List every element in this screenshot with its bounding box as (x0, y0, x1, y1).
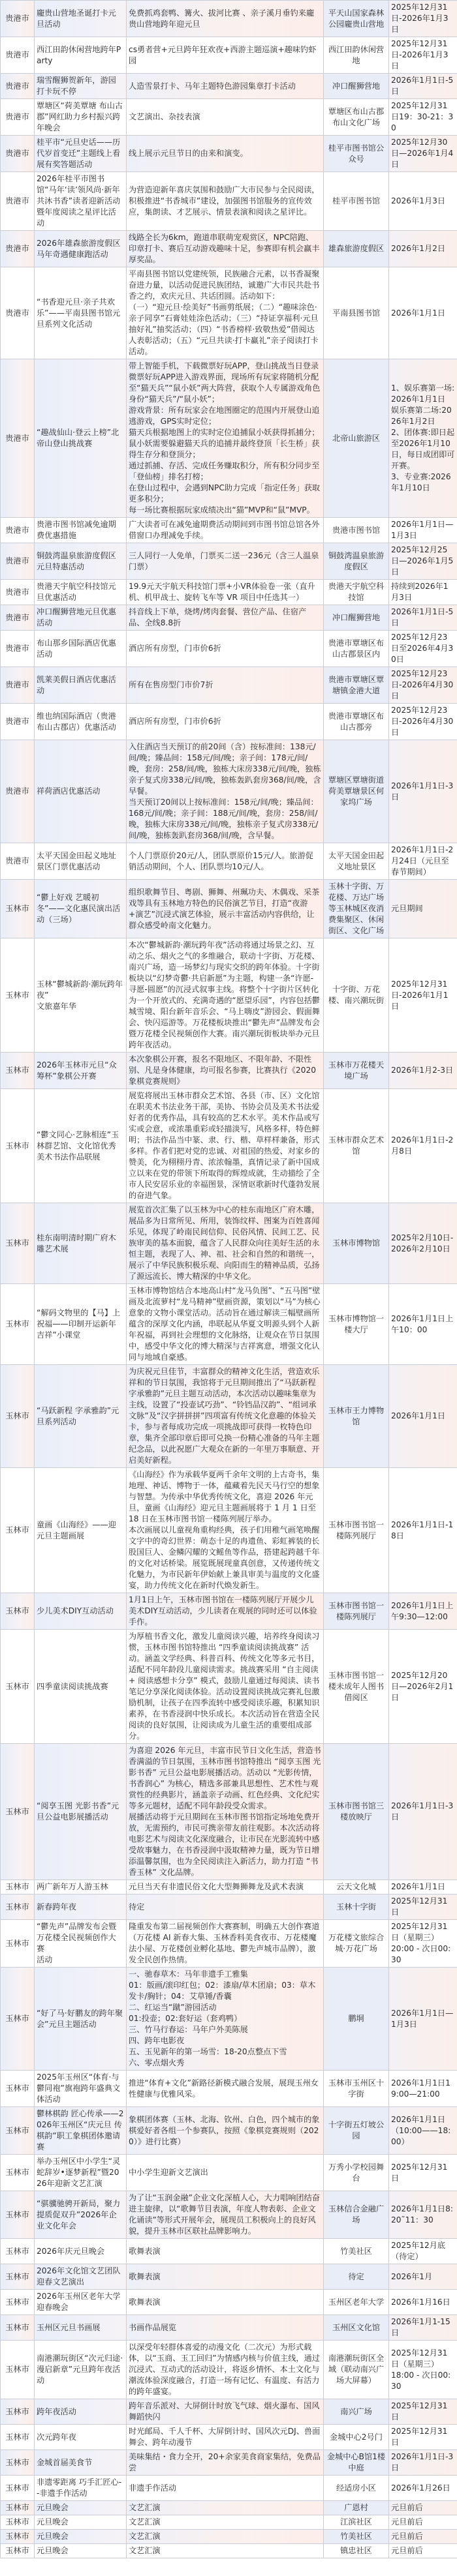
cell-city: 玉林市 (1, 2290, 35, 2315)
table-row: 玉林市 “马跃新程 字承雅韵”元旦系列活动 为庆祝元旦佳节，丰富群众的精神文化生… (1, 1365, 457, 1468)
cell-activity-name: 西江田韵休闲营地跨年Party (35, 37, 127, 74)
cell-date: 2026年1月1日-3日 (389, 740, 457, 843)
cell-city: 贵港市 (1, 631, 35, 667)
table-row: 玉林市 “鬱文同心·艺脉相连”玉林群艺馆、文化馆优秀美术书法作品联展 展览将展出… (1, 1089, 457, 1203)
cell-city: 贵港市 (1, 267, 35, 359)
table-row: 贵港市 冲口醒狮营地元旦优惠活动 抖音线上下单，烧烤/烤肉套餐、营位产品、住宿产… (1, 605, 457, 631)
cell-activity-description: 《山海经》作为承载华夏两千余年文明的上古奇书，集地理、神话、博物于一体，蕴藏着先… (127, 1468, 324, 1593)
table-row: 贵港市 桂平市“元旦史话——历代岁首变迁”主题线上看展有奖答题活动 线上展示元旦… (1, 136, 457, 172)
cell-city: 玉林市 (1, 2315, 35, 2341)
cell-activity-description: 歌舞表演 (127, 2264, 324, 2290)
cell-activity-description: 一、驰春草木：马年非遗手工雅集 01：版画/滚印红包；02：漆扇/草木团扇；03… (127, 1968, 324, 2071)
table-row: 玉林市 2026年文化馆文艺团队迎春文艺演出 歌舞表演 待定 2026年1月 (1, 2264, 457, 2290)
cell-activity-name: 凯莱美假日酒店优惠活动 (35, 667, 127, 704)
cell-activity-description: 为厚植书香文化，激发儿童阅读兴趣，培养终身阅读习惯，玉林市图书馆特推出 “四季童… (127, 1630, 324, 1744)
cell-activity-description: 文艺演出、杂技表演 (127, 99, 324, 136)
table-row: 贵港市 覃塘区“荷美覃塘 布山古郡”网红助力乡村振兴跨年晚会 文艺演出、杂技表演… (1, 99, 457, 136)
cell-location: 贵港天宇航空科技馆 (324, 580, 389, 605)
cell-activity-description: 为喜迎 2026 年元旦，丰富市民节日文化生活，营造书香满溢的节日氛围，玉林市图… (127, 1744, 324, 1880)
table-row: 贵港市 西江田韵休闲营地跨年Party cs勇者营+元旦跨年狂欢夜+西游主题巡演… (1, 37, 457, 74)
cell-location: 云天文化城 (324, 1880, 389, 1895)
cell-location: 玉林市博物馆一楼大厅 (324, 1284, 389, 1365)
table-row: 玉林市 举办玉州区中小学生“灵蛇辞岁•逐梦新程”暨2026年迎新文艺汇演 中小学… (1, 2155, 457, 2191)
cell-location: 鹏垌 (324, 1968, 389, 2071)
table-row: 贵港市 2026年桂平市图书馆“马年‘读’领风尚·新年共沐书香”读者迎新活动暨年… (1, 172, 457, 231)
cell-city: 贵港市 (1, 580, 35, 605)
cell-activity-description: 酒店所有房型，门市价6折 (127, 704, 324, 740)
cell-city: 玉林市 (1, 1365, 35, 1468)
table-row: 玉林市 南港潮玩街区“次元归途·漫启新章”元旦跨年夜活动 以深受年轻群体喜爱的动… (1, 2341, 457, 2399)
table-row: 玉林市 两广新年万人游玉林 元旦当天有非遗民俗文化大型舞狮舞龙及武术表演 云天文… (1, 1880, 457, 1895)
cell-date: 2026年1月1日—1月3日 (389, 1968, 457, 2071)
table-row: 玉林市 元旦晚会 文艺汇演 江滨社区 元旦前后 (1, 2515, 457, 2530)
cell-activity-description: 本次“鬱城新韵·潮玩跨年夜”活动将通过场景之幻、互动之乐、烟火之气的多维融合，联… (127, 938, 324, 1053)
cell-city: 贵港市 (1, 99, 35, 136)
cell-city: 贵港市 (1, 543, 35, 580)
table-row: 玉林市 新春跨年夜 待定 玉林十字街 2025年12月31日 (1, 1895, 457, 1920)
table-row: 贵港市 布山那乡国际酒店优惠活动 酒店所有房型，门市价6折 贵港市覃塘区布山古郡… (1, 631, 457, 667)
cell-date: 2025年12月31日-2026年1月3日 (389, 37, 457, 74)
cell-activity-name: 布山那乡国际酒店优惠活动 (35, 631, 127, 667)
cell-date: 2026年1月1日-2月24日（元旦至春节期间） (389, 843, 457, 880)
cell-date: 2026年1月 (389, 2264, 457, 2290)
cell-location: 万秀小学校园舞台 (324, 2155, 389, 2191)
cell-location: 贵港市覃塘区布山古郡景区内 (324, 631, 389, 667)
cell-location: 玉林市图书馆一楼未成年人图书借阅区 (324, 1630, 389, 1744)
cell-activity-description: 玉林市博物馆结合本地高山村“龙马负图”、“五马图”壁画及北流萝村“龙马精神”壁画… (127, 1284, 324, 1365)
cell-location: 待定 (324, 2264, 389, 2290)
cell-activity-name: 太平天国金田起义地址景区门票优惠活动 (35, 843, 127, 880)
cell-date: 2026年1月1-15日 (389, 2315, 457, 2341)
cell-activity-name: 元旦晚会 (35, 2501, 127, 2515)
cell-date: 2026年1月1日上午10：00 (389, 1284, 457, 1365)
table-row: 贵港市 “书香迎元旦·亲子共欢乐”——平南县图书馆元旦系列文化活动 平南县图书馆… (1, 267, 457, 359)
cell-date: 2026年1月1日 (389, 1880, 457, 1895)
cell-city: 贵港市 (1, 37, 35, 74)
events-table: 贵港市 龐贵山营地圣诞打卡元旦活动 免费抓鸡套鸭、篝火、拔河比赛 、亲子溪月垂钓… (0, 0, 457, 2558)
cell-location: 玉州区文化馆 (324, 2315, 389, 2341)
cell-city: 玉林市 (1, 1284, 35, 1365)
table-row: 玉林市 “鬱上好戏 艺暖初冬”——文化惠民演出活动（三场） 组织歌舞节目、粤剧、… (1, 880, 457, 938)
cell-city: 贵港市 (1, 667, 35, 704)
cell-date: 2025年12月23日-2026年4月30日 (389, 704, 457, 740)
table-row: 玉林市 “解码文物里的【马】上祝福——印制开运新年吉祥”小课堂 玉林市博物馆结合… (1, 1284, 457, 1365)
table-row: 玉林市 2026年庆元旦晚会 歌舞表演 竹美社区 2025年12月底（待定） (1, 2239, 457, 2264)
cell-activity-name: 举办玉州区中小学生“灵蛇辞岁•逐梦新程”暨2026年迎新文艺汇演 (35, 2155, 127, 2191)
cell-city: 玉林市 (1, 2341, 35, 2399)
cell-date: 2026年1月26日 (389, 2476, 457, 2501)
cell-activity-description: 为庆祝元旦佳节，丰富群众的精神文化生活，营造欢乐祥和的节日氛围，我馆将于元旦期间… (127, 1365, 324, 1468)
cell-activity-description: 非遗手作活动 (127, 2476, 324, 2501)
cell-activity-name: “趣战仙山·登云上榜”北帝山登山挑战赛 (35, 359, 127, 518)
table-row: 玉林市 2026年玉林市元旦“众筹杯”象棋公开赛 本次象棋公开赛，报名不限地区、… (1, 1053, 457, 1089)
cell-location: 镇忠社区 (324, 2544, 389, 2558)
cell-activity-name: “骐骥驰骋开新局，聚力提质促双升”2026年企业文化年会 (35, 2191, 127, 2239)
cell-date: 2026年1月1日-3日 (389, 1744, 457, 1880)
table-row: 玉林市 元旦晚会 文艺汇演 竹美社区 元旦前后 (1, 2530, 457, 2544)
cell-city: 玉林市 (1, 1920, 35, 1968)
cell-city: 玉林市 (1, 1880, 35, 1895)
cell-location: 玉林市博物馆 (324, 1203, 389, 1284)
table-row: 贵港市 贵港天宇航空科技馆元旦优惠活动 19.9元天宇航天科技馆门票+小VR体验… (1, 580, 457, 605)
table-row: 玉林市 玉州区元旦书画展 书画作品展览 玉州区文化馆 2026年1月1-15日 (1, 2315, 457, 2341)
cell-location: 玉林十字街、万花楼、万达广场等玉林城区夜消费集聚区、休闲街区、文化广场 (324, 880, 389, 938)
cell-activity-name: “鬱文同心·艺脉相连”玉林群艺馆、文化馆优秀美术书法作品联展 (35, 1089, 127, 1203)
cell-date: 2026年1月1日（10:00——18:00） (389, 2107, 457, 2155)
cell-activity-name: “解码文物里的【马】上祝福——印制开运新年吉祥”小课堂 (35, 1284, 127, 1365)
cell-activity-description: 待定 (127, 1895, 324, 1920)
cell-date: 2025年12月30日—2026年1月4日 (389, 136, 457, 172)
cell-city: 玉林市 (1, 1203, 35, 1284)
cell-activity-description: 歌舞表演 (127, 2239, 324, 2264)
cell-activity-name: 贵港市图书馆减免逾期费优惠措施 (35, 518, 127, 543)
table-row: 玉林市 “骐骥驰骋开新局，聚力提质促双升”2026年企业文化年会 为了让“玉润金… (1, 2191, 457, 2239)
cell-date: 2026年1月1日 (389, 267, 457, 359)
cell-date: 持续到2026年1月3日 (389, 580, 457, 605)
table-row: 贵港市 太平天国金田起义地址景区门票优惠活动 个人门票原价20元/人，团队票原价… (1, 843, 457, 880)
cell-location: 贵港市覃塘区布山古郡旁 (324, 704, 389, 740)
cell-activity-description: 入住酒店当天预订的前20间（含）按标准间：138元/间/晚；臻品间：158元/间… (127, 740, 324, 843)
events-table-body: 贵港市 龐贵山营地圣诞打卡元旦活动 免费抓鸡套鸭、篝火、拔河比赛 、亲子溪月垂钓… (1, 1, 457, 2558)
cell-city: 玉林市 (1, 2425, 35, 2450)
cell-city: 玉林市 (1, 1630, 35, 1744)
cell-city: 玉林市 (1, 2476, 35, 2501)
table-row: 玉林市 2025年玉州区“体育·与鬱同袍”旗袍跨年盛典文体活动 推进“体育+文化… (1, 2071, 457, 2107)
cell-location: 铜鼓湾温泉旅游度假区 (324, 543, 389, 580)
cell-location: 江滨社区 (324, 2515, 389, 2530)
cell-date: 2026年1月1日8:20˜11：30 (389, 2191, 457, 2239)
table-row: 玉林市 桂东南明清时期广府木雕艺术展 展览首次汇集了以玉林为中心的桂东南地区广府… (1, 1203, 457, 1284)
cell-activity-name: 覃塘区“荷美覃塘 布山古郡”网红助力乡村振兴跨年晚会 (35, 99, 127, 136)
cell-date: 2026年1月1日-5日 (389, 74, 457, 99)
cell-city: 玉林市 (1, 2071, 35, 2107)
cell-city: 贵港市 (1, 605, 35, 631)
cell-location: 雄森旅游度假区 (324, 231, 389, 267)
table-row: 玉林市 元旦晚会 文艺汇演 镇忠社区 元旦前后 (1, 2544, 457, 2558)
cell-date: 2026年1月2日 (389, 231, 457, 267)
cell-activity-name: 四季童读阅读挑战赛 (35, 1630, 127, 1744)
cell-location: 平天山国家森林公园龐贵山营地 (324, 1, 389, 37)
cell-date: 2026年1月2-3日 (389, 1053, 457, 1089)
cell-city: 玉林市 (1, 2450, 35, 2476)
cell-location: 覃塘区布山古郡布山文化广场 (324, 99, 389, 136)
cell-location: 玉林十字街 (324, 1895, 389, 1920)
cell-location: 玉林信合金融广场 (324, 2191, 389, 2239)
cell-activity-name: “阅享玉图 光影书香”元旦公益电影展播活动 (35, 1744, 127, 1880)
cell-date: 2025年12月23日至2026年4月30日 (389, 631, 457, 667)
cell-city: 玉林市 (1, 1053, 35, 1089)
cell-activity-description: 中小学生迎新文艺演出 (127, 2155, 324, 2191)
cell-date: 2025年12月23日-2026年4月30日 (389, 667, 457, 704)
cell-location: 万花楼文旅综合城·万花广场 (324, 1920, 389, 1968)
cell-city: 玉林市 (1, 1468, 35, 1593)
cell-location: 竹美社区 (324, 2530, 389, 2544)
cell-location: 贵港市覃塘区覃塘镇金港大道 (324, 667, 389, 704)
cell-activity-name: 2026年庆元旦晚会 (35, 2239, 127, 2264)
cell-location: 玉林市图书馆三楼放映厅 (324, 1744, 389, 1880)
cell-location: 贵港市图书馆 (324, 518, 389, 543)
cell-activity-name: 两广新年万人游玉林 (35, 1880, 127, 1895)
cell-activity-name: “鬱先声”品牌发布会暨万花楼全民视频创作大赛 活动 (35, 1920, 127, 1968)
cell-activity-name: 元旦晚会 (35, 2515, 127, 2530)
cell-activity-description: 文艺汇演 (127, 2544, 324, 2558)
cell-activity-description: 展览首次汇集了以玉林为中心的桂东南地区广府木雕，展品多为日常所见、所用，装饰纹样… (127, 1203, 324, 1284)
cell-city: 玉林市 (1, 2399, 35, 2425)
cell-date: 2025年12月31日19：30-21：30 (389, 99, 457, 136)
cell-activity-name: “鬱上好戏 艺暖初冬”——文化惠民演出活动（三场） (35, 880, 127, 938)
cell-activity-description: 带上智能手机，下载微票好玩APP，登山挑战当日登录微票好玩APP进入游戏界面，现… (127, 359, 324, 518)
cell-date: 2026年1月1日-18日 (389, 1468, 457, 1593)
cell-location: 玉州区老年大学 (324, 2290, 389, 2315)
cell-location: 桂平市图书馆 (324, 172, 389, 231)
cell-date: 2025年12月31日-2026年1月1日 (389, 938, 457, 1053)
table-row: 玉林市 2026年玉州区老年大学迎春晚会 歌舞表演 玉州区老年大学 2026年1… (1, 2290, 457, 2315)
cell-activity-name: “书香迎元旦·亲子共欢乐”——平南县图书馆元旦系列文化活动 (35, 267, 127, 359)
cell-activity-name: 桂平市“元旦史话——历代岁首变迁”主题线上看展有奖答题活动 (35, 136, 127, 172)
cell-activity-description: 为了让“玉润金融”企业文化深植人心，大力唱响团结奋进主旋律，以“歌舞节目表演，年… (127, 2191, 324, 2239)
table-row: 玉林市 童画《山海经》——迎元旦主题画展 《山海经》作为承载华夏两千余年文明的上… (1, 1468, 457, 1593)
cell-city: 贵港市 (1, 740, 35, 843)
table-row: 贵港市 铜鼓湾温泉旅游度假区元旦特惠活动 三人同行一人免单，门票买二送一236元… (1, 543, 457, 580)
cell-activity-name: 跨年夜活动 (35, 2399, 127, 2425)
cell-activity-name: 瑞雪醒狮贺新年，游园打卡玩不停 (35, 74, 127, 99)
cell-activity-description: 广大读者可在减免逾期费活动期间到市图书馆总馆各外借窗口办理减免手续。 (127, 518, 324, 543)
cell-city: 贵港市 (1, 704, 35, 740)
cell-activity-description: 平南县图书馆以党建统领，民族融合元素，以书香凝聚奋进力量，以活动促进民族团结，诚… (127, 267, 324, 359)
cell-activity-name: 金城首届美食节 (35, 2450, 127, 2476)
table-row: 玉林市 次元跨年夜 时光邮局、千人千杯、大屏倒计时、国风次元DJ、兽面舞会、跨年… (1, 2425, 457, 2450)
cell-activity-name: 元旦晚会 (35, 2544, 127, 2558)
cell-activity-description: 推进“体育+文化”新路径新模式融合发展，展现玉州女性健康与优雅风采。 (127, 2071, 324, 2107)
cell-city: 玉林市 (1, 1593, 35, 1630)
cell-city: 贵港市 (1, 172, 35, 231)
cell-activity-description: 为营造迎新年喜庆氛围和鼓励广大市民参与全民阅读，积极推进“书香城市”建设，加强图… (127, 172, 324, 231)
table-row: 贵港市 贵港市图书馆减免逾期费优惠措施 广大读者可在减免逾期费活动期间到市图书馆… (1, 518, 457, 543)
cell-activity-description: 美味集结・食力全开，20+余家美食商家集结，免费品尝 (127, 2450, 324, 2476)
cell-activity-description: 元旦当天有非遗民俗文化大型舞狮舞龙及武术表演 (127, 1880, 324, 1895)
cell-activity-description: 线路全长为6km，跑道串联萌宠观赏区，NPC陪跑、印章打卡、赛后互动游戏趣味十足… (127, 231, 324, 267)
table-row: 玉林市 玉林“鬱城新韵·潮玩跨年夜” 文旅嘉年华 本次“鬱城新韵·潮玩跨年夜”活… (1, 938, 457, 1053)
cell-activity-name: 铜鼓湾温泉旅游度假区元旦特惠活动 (35, 543, 127, 580)
cell-city: 贵港市 (1, 518, 35, 543)
cell-date: 2026年1月1日 (389, 1365, 457, 1468)
cell-activity-description: 人造雪景打卡、马年主题特色游园集章打卡活动 (127, 74, 324, 99)
table-row: 玉林市 四季童读阅读挑战赛 为厚植书香文化，激发儿童阅读兴趣，培养终身阅读习惯，… (1, 1630, 457, 1744)
cell-location: 南兴广场 (324, 2399, 389, 2425)
cell-activity-name: “好了马·好鹏友的跨年聚会”元旦主题活动 (35, 1968, 127, 2071)
cell-city: 贵港市 (1, 359, 35, 518)
cell-city: 玉林市 (1, 1968, 35, 2071)
cell-location: 覃塘区覃塘街道荷美覃塘景区何家坞广场 (324, 740, 389, 843)
cell-activity-name: 冲口醒狮营地元旦优惠活动 (35, 605, 127, 631)
cell-location: 玉林市图书馆一楼陈列展厅 (324, 1593, 389, 1630)
cell-city: 贵港市 (1, 1, 35, 37)
cell-activity-name: 玉林“鬱城新韵·潮玩跨年夜” 文旅嘉年华 (35, 938, 127, 1053)
cell-activity-name: 龐贵山营地圣诞打卡元旦活动 (35, 1, 127, 37)
cell-activity-name: 2026年玉州区老年大学迎春晚会 (35, 2290, 127, 2315)
cell-activity-description: 歌舞表演 (127, 2290, 324, 2315)
cell-activity-name: 童画《山海经》——迎元旦主题画展 (35, 1468, 127, 1593)
cell-location: 玉林市万花楼天境广场 (324, 1053, 389, 1089)
cell-city: 贵港市 (1, 843, 35, 880)
table-row: 贵港市 “趣战仙山·登云上榜”北帝山登山挑战赛 带上智能手机，下载微票好玩APP… (1, 359, 457, 518)
cell-activity-description: 酒店所有房型，门市价6折 (127, 631, 324, 667)
cell-activity-description: 文艺汇演 (127, 2530, 324, 2544)
table-row: 玉林市 鬱林棋韵 匠心传承——2026年玉州区“庆元旦 传棋韵”职工象棋团体邀请… (1, 2107, 457, 2155)
cell-activity-name: 2026年雄森旅游度假区马年奇遇健康跑活动 (35, 231, 127, 267)
cell-city: 玉林市 (1, 2501, 35, 2515)
cell-city: 玉林市 (1, 1744, 35, 1880)
cell-activity-description: 文艺汇演 (127, 2515, 324, 2530)
cell-city: 玉林市 (1, 2155, 35, 2191)
cell-location: 十字街、万花楼、南兴潮玩街 (324, 938, 389, 1053)
cell-activity-description: 本次象棋公开赛，报名不限地区、不限年龄、不限性别、凡是身体健康，均可报名参赛，比… (127, 1053, 324, 1089)
cell-city: 玉林市 (1, 880, 35, 938)
cell-date: 2025年12月31日-2026年1月3日 (389, 1, 457, 37)
cell-date: 元旦前后 (389, 2544, 457, 2558)
cell-activity-description: 抖音线上下单，烧烤/烤肉套餐、营位产品、住宿产品、全线8.8折 (127, 605, 324, 631)
cell-activity-description: 个人门票原价20元/人，团队票原价15元/人。旅游促销活动期间，个人、团队票均1… (127, 843, 324, 880)
cell-activity-name: 维也纳国际酒店（贵港布山古郡店）优惠活动 (35, 704, 127, 740)
cell-activity-description: 1月1日上午，玉林市图书馆在一楼陈列展厅开展少儿美术DIY互动活动，少儿读者在观… (127, 1593, 324, 1630)
table-row: 玉林市 跨年夜活动 跨年音乐派对、大屏倒计时放飞气球、烟火瀑布、国风舞蹈快闪 南… (1, 2399, 457, 2425)
cell-date: 2026年1月1日-3日 (389, 2450, 457, 2476)
cell-activity-description: 以深受年轻群体喜爱的动漫文化（二次元）为形式载体，以“玉商、玉工回归”为情感内核… (127, 2341, 324, 2399)
cell-city: 玉林市 (1, 1895, 35, 1920)
table-row: 玉林市 非遗零距离 巧手汇匠心--非遗手作活动 非遗手作活动 经适房小区 202… (1, 2476, 457, 2501)
cell-date: 2025年2月10日-2026年2月10日 (389, 1203, 457, 1284)
table-row: 贵港市 祥荷酒店优惠活动 入住酒店当天预订的前20间（含）按标准间：138元/间… (1, 740, 457, 843)
cell-activity-name: 2025年玉州区“体育·与鬱同袍”旗袍跨年盛典文体活动 (35, 2071, 127, 2107)
cell-activity-name: 贵港天宇航空科技馆元旦优惠活动 (35, 580, 127, 605)
cell-activity-name: 2026年文化馆文艺团队迎春文艺演出 (35, 2264, 127, 2290)
cell-date: 2025年12月31日 (389, 1895, 457, 1920)
cell-location: 桂平市图书馆公众号 (324, 136, 389, 172)
cell-city: 玉林市 (1, 2264, 35, 2290)
cell-location: 玉林市群众艺术馆 (324, 1089, 389, 1203)
cell-activity-description: 时光邮局、千人千杯、大屏倒计时、国风次元DJ、兽面舞会、跨年动漫节 (127, 2425, 324, 2450)
table-row: 玉林市 金城首届美食节 美味集结・食力全开，20+余家美食商家集结，免费品尝 金… (1, 2450, 457, 2476)
cell-location: 平南县图书馆 (324, 267, 389, 359)
cell-activity-name: 玉州区元旦书画展 (35, 2315, 127, 2341)
table-row: 玉林市 “好了马·好鹏友的跨年聚会”元旦主题活动 一、驰春草木：马年非遗手工雅集… (1, 1968, 457, 2071)
cell-activity-description: 线上展示元旦节日的由来和演变。 (127, 136, 324, 172)
cell-date: 元旦前后 (389, 2515, 457, 2530)
cell-date: 元旦前后 (389, 2501, 457, 2515)
cell-location: 金城中心B馆1楼中庭 (324, 2450, 389, 2476)
cell-location: 竹美社区 (324, 2239, 389, 2264)
cell-activity-name: 鬱林棋韵 匠心传承——2026年玉州区“庆元旦 传棋韵”职工象棋团体邀请赛 (35, 2107, 127, 2155)
cell-date: 2025年12月底（待定） (389, 2239, 457, 2264)
cell-location: 经适房小区 (324, 2476, 389, 2501)
cell-date: 2026年1月1日-5日 (389, 605, 457, 631)
cell-activity-description: 隆重发布第二届视频创作大赛赛制，明确五大创作赛道（万花楼 AI 新春大集、玉林香… (127, 1920, 324, 1968)
cell-activity-name: 次元跨年夜 (35, 2425, 127, 2450)
cell-city: 玉林市 (1, 938, 35, 1053)
cell-activity-description: 象棋团体赛（玉林、北海、钦州、白色，四个城市的象棋爱好者各组一个参赛队，按照《象… (127, 2107, 324, 2155)
cell-location: 冲口醒狮营地 (324, 605, 389, 631)
table-row: 贵港市 凯莱美假日酒店优惠活动 所有在售房型门市价7折 贵港市覃塘区覃塘镇金港大… (1, 667, 457, 704)
cell-date: 2026年1月1日19:00—21:00 (389, 2071, 457, 2107)
table-row: 玉林市 “阅享玉图 光影书香”元旦公益电影展播活动 为喜迎 2026 年元旦，丰… (1, 1744, 457, 1880)
cell-date: 2025年12月31日（星期三） 20:00 - 次日00:30 (389, 1920, 457, 1968)
cell-date: 2025年12月31日 (389, 2425, 457, 2450)
cell-date: 2026年1月3日 (389, 172, 457, 231)
table-row: 玉林市 少儿美术DIY互动活动 1月1日上午，玉林市图书馆在一楼陈列展厅开展少儿… (1, 1593, 457, 1630)
cell-activity-name: 祥荷酒店优惠活动 (35, 740, 127, 843)
cell-city: 玉林市 (1, 2107, 35, 2155)
cell-activity-description: 书画作品展览 (127, 2315, 324, 2341)
cell-activity-description: 跨年音乐派对、大屏倒计时放飞气球、烟火瀑布、国风舞蹈快闪 (127, 2399, 324, 2425)
table-row: 玉林市 元旦晚会 文艺汇演 广恩村 元旦前后 (1, 2501, 457, 2515)
cell-date: 2025年12月20日—2026年2月1日 (389, 1630, 457, 1744)
cell-date: 1、娱乐赛第一场:2026年1月1日 娱乐赛第二场:2026年1月2日 2、团体… (389, 359, 457, 518)
cell-date: 2026年1月1日—1月3日 (389, 518, 457, 543)
cell-city: 玉林市 (1, 2239, 35, 2264)
cell-location: 玉林市王力博物馆 (324, 1365, 389, 1468)
table-row: 贵港市 维也纳国际酒店（贵港布山古郡店）优惠活动 酒店所有房型，门市价6折 贵港… (1, 704, 457, 740)
cell-activity-description: 免费抓鸡套鸭、篝火、拔河比赛 、亲子溪月垂钓来龐贵山营地跨年迎元旦 (127, 1, 324, 37)
cell-activity-name: 元旦晚会 (35, 2530, 127, 2544)
cell-date: 2025年12月31日（星期三） 18:00 - 次日00:30 (389, 2341, 457, 2399)
cell-date: 元旦期间 (389, 880, 457, 938)
cell-date: 2026年1月16日 (389, 2290, 457, 2315)
cell-activity-name: 非遗零距离 巧手汇匠心--非遗手作活动 (35, 2476, 127, 2501)
cell-location: 广恩村 (324, 2501, 389, 2515)
cell-location: 南港潮玩街区全域（联动南兴广场大屏幕） (324, 2341, 389, 2399)
cell-activity-description: cs勇者营+元旦跨年狂欢夜+西游主题巡演+趣味钓虾园 (127, 37, 324, 74)
cell-city: 贵港市 (1, 136, 35, 172)
table-row: 贵港市 瑞雪醒狮贺新年，游园打卡玩不停 人造雪景打卡、马年主题特色游园集章打卡活… (1, 74, 457, 99)
cell-activity-name: 少儿美术DIY互动活动 (35, 1593, 127, 1630)
cell-date: 2025年12月31日 (389, 2155, 457, 2191)
cell-location: 西江田韵休闲营地 (324, 37, 389, 74)
cell-location: 北帝山旅游区 (324, 359, 389, 518)
cell-city: 玉林市 (1, 2530, 35, 2544)
cell-activity-description: 三人同行一人免单，门票买二送一236元（含三人温泉门票） (127, 543, 324, 580)
cell-activity-description: 19.9元天宇航天科技馆门票+小VR体验卷一张（直升机、机甲战士、旋转飞车等 V… (127, 580, 324, 605)
cell-city: 贵港市 (1, 74, 35, 99)
cell-city: 玉林市 (1, 2515, 35, 2530)
cell-city: 玉林市 (1, 2544, 35, 2558)
cell-date: 元旦前后 (389, 2530, 457, 2544)
cell-location: 玉林市玉州区十字街 (324, 2071, 389, 2107)
cell-location: 十字街五灯坡公园 (324, 2107, 389, 2155)
cell-activity-description: 展览将展出玉林市群众艺术馆、各县（市、区）文化馆在职美术书法业务干部，美协、书协… (127, 1089, 324, 1203)
table-row: 玉林市 “鬱先声”品牌发布会暨万花楼全民视频创作大赛 活动 隆重发布第二届视频创… (1, 1920, 457, 1968)
cell-date: 2025年12月31日 (389, 2399, 457, 2425)
cell-activity-name: 2026年桂平市图书馆“马年‘读’领风尚·新年共沐书香”读者迎新活动暨年度阅读之… (35, 172, 127, 231)
cell-activity-name: “马跃新程 字承雅韵”元旦系列活动 (35, 1365, 127, 1468)
cell-date: 2026年1月1日上午9:30—12:00 (389, 1593, 457, 1630)
cell-activity-name: 桂东南明清时期广府木雕艺术展 (35, 1203, 127, 1284)
cell-city: 贵港市 (1, 231, 35, 267)
cell-activity-description: 组织歌舞节目、粤剧、狮舞、州珮功夫、木偶戏、采茶戏等具有玉林地方特色的民俗演艺节… (127, 880, 324, 938)
cell-date: 2026年1月1日-2月8日 (389, 1089, 457, 1203)
table-row: 贵港市 2026年雄森旅游度假区马年奇遇健康跑活动 线路全长为6km，跑道串联萌… (1, 231, 457, 267)
cell-location: 冲口醒狮营地 (324, 74, 389, 99)
cell-activity-name: 2026年玉林市元旦“众筹杯”象棋公开赛 (35, 1053, 127, 1089)
cell-city: 玉林市 (1, 1089, 35, 1203)
cell-location: 玉林市图书馆一楼陈列展厅 (324, 1468, 389, 1593)
cell-date: 2025年12月25日—2026年1月5日 (389, 543, 457, 580)
cell-city: 玉林市 (1, 2191, 35, 2239)
cell-location: 太平天国金田起义地址景区 (324, 843, 389, 880)
cell-activity-name: 新春跨年夜 (35, 1895, 127, 1920)
cell-activity-description: 所有在售房型门市价7折 (127, 667, 324, 704)
cell-location: 金城中心2号门 (324, 2425, 389, 2450)
table-row: 贵港市 龐贵山营地圣诞打卡元旦活动 免费抓鸡套鸭、篝火、拔河比赛 、亲子溪月垂钓… (1, 1, 457, 37)
